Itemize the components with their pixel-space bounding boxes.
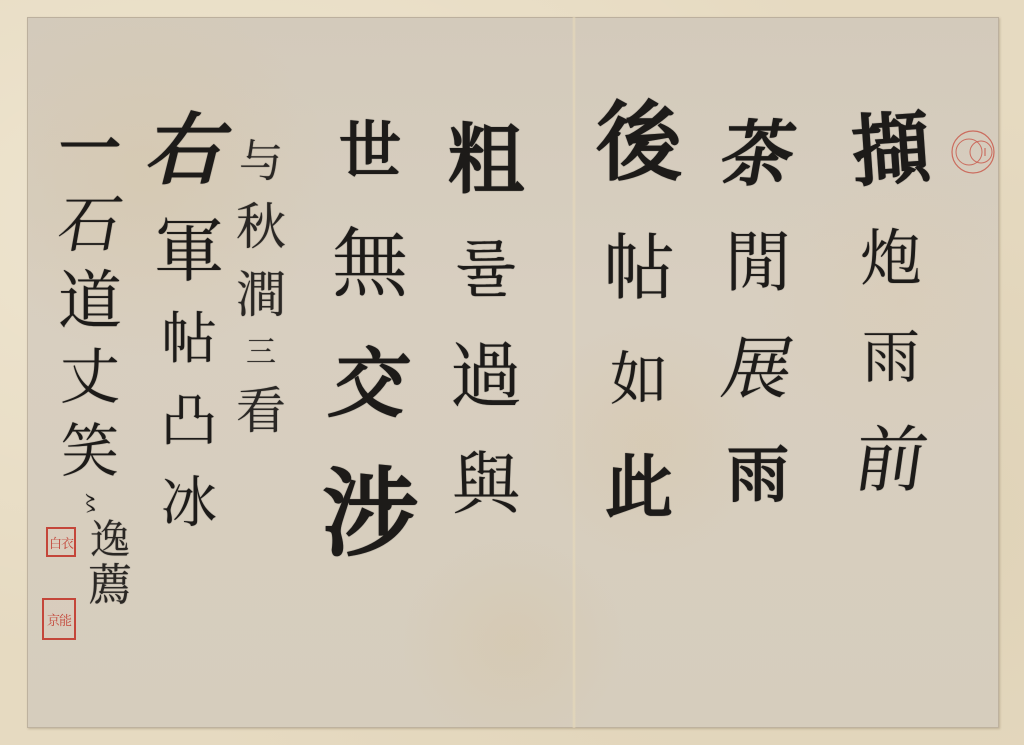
char: 後: [596, 100, 682, 186]
char: 軍: [154, 216, 224, 286]
center-fold-line: [572, 17, 576, 728]
char: 薦: [88, 564, 132, 608]
char: 過: [450, 340, 522, 412]
char: 道: [58, 270, 122, 334]
char: 擷: [849, 109, 932, 192]
char: 雨: [727, 444, 789, 506]
char: 逸: [90, 520, 130, 560]
char: 石: [54, 194, 127, 256]
text-column-7: 一 石 道 丈 笑 〻: [58, 118, 122, 516]
char: 炮: [860, 228, 922, 290]
char: 凸: [161, 394, 217, 450]
round-seal-icon: [945, 128, 997, 176]
char: 丈: [60, 348, 120, 408]
text-column-2: 茶 閒 展 雨: [722, 118, 794, 506]
char: 茶: [716, 118, 801, 190]
char: 冰: [161, 476, 217, 532]
text-column-1: 擷 炮 雨 前: [852, 112, 930, 496]
char: 粗: [448, 122, 524, 198]
char: 帖: [603, 232, 675, 304]
char: 世: [339, 120, 401, 182]
char: 三: [246, 338, 276, 368]
char: 右: [140, 112, 237, 190]
char: 률: [456, 238, 516, 300]
char: 笑: [61, 422, 119, 480]
char: 展: [717, 336, 799, 404]
char: 看: [236, 386, 286, 436]
char: 如: [610, 350, 668, 408]
text-column-6-annotation: 与 秋 澗 三 看: [236, 140, 286, 436]
char: 雨: [862, 328, 920, 386]
text-column-4: 粗 률 過 與: [448, 122, 524, 520]
char: 與: [452, 452, 520, 520]
char: 一: [59, 118, 121, 180]
char: 〻: [79, 494, 101, 516]
char: 無: [332, 226, 408, 302]
text-column-3: 後 帖 如 此: [596, 100, 682, 522]
char: 交: [325, 346, 414, 422]
square-seal-lower: 京能: [42, 598, 76, 640]
char: 閒: [725, 230, 791, 296]
album-mount: 擷 炮 雨 前 茶 閒 展 雨 後 帖 如 此 粗 률 過 與 世 無 交 涉 …: [0, 0, 1024, 745]
char: 澗: [236, 270, 286, 320]
square-seal-upper: 白衣: [46, 527, 76, 557]
text-column-5: 世 無 交 涉: [322, 120, 418, 562]
char: 此: [605, 454, 673, 522]
char: 秋: [236, 202, 286, 252]
text-column-6: 右 軍 帖 凸 冰: [150, 112, 228, 532]
char: 涉: [322, 466, 418, 562]
signature: 逸 薦: [88, 520, 132, 608]
char: 前: [850, 424, 932, 496]
char: 与: [239, 140, 283, 184]
char: 帖: [161, 312, 217, 368]
